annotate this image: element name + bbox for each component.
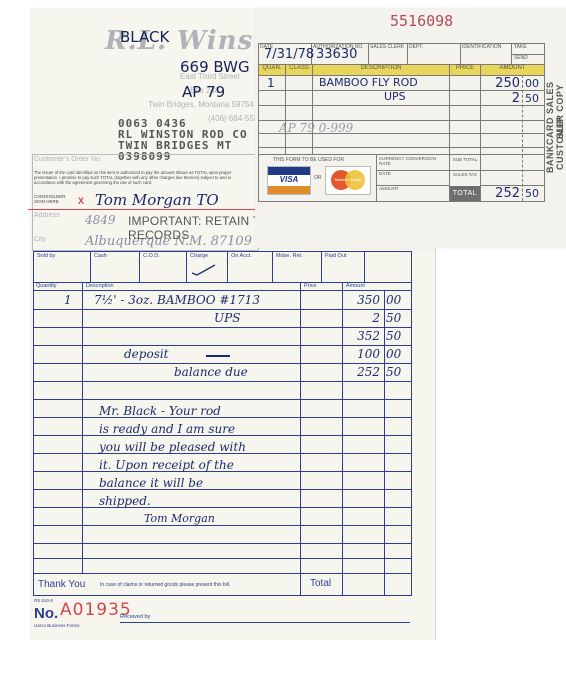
total-dollars: 252 (483, 186, 520, 201)
date-label: Date (379, 171, 391, 176)
sales-clerk-field[interactable]: Sales Clerk (369, 44, 408, 64)
address-value: 4849 (85, 213, 116, 227)
authorization-field[interactable]: Authorization No. 33630 (312, 44, 369, 64)
quantity-header: Quantity (36, 283, 56, 289)
slip-totals-box: This form to be used for VISA or Master … (258, 154, 545, 202)
subtotal-label: Sub Total (452, 157, 478, 162)
item-description: deposit (124, 347, 169, 361)
date-field[interactable]: Date 7/31/78 (259, 44, 312, 64)
note-signature: Tom Morgan (99, 510, 246, 528)
divider (34, 543, 411, 544)
divider (34, 573, 411, 574)
slip-item-cents: 00 (525, 77, 539, 90)
divider (342, 283, 343, 595)
cod-field[interactable]: C.O.D. (140, 252, 187, 282)
slip-item-dollars: 250 (481, 76, 520, 91)
conversion-box: Currency Conversion Rate Date Amount (377, 155, 450, 201)
cardholder-sign-label: Cardholder Sign Here (34, 194, 64, 204)
printer-name: Uarco Business Forms (34, 623, 80, 628)
item-dollars: 252 (346, 365, 380, 379)
amount-label: Amount (379, 186, 399, 191)
note-line: Mr. Black - Your rod (99, 402, 246, 420)
divider (522, 155, 523, 201)
divider (522, 75, 523, 162)
note-line: it. Upon receipt of the (99, 456, 246, 474)
take-label: Take (514, 44, 527, 50)
slip-header-row: Date 7/31/78 Authorization No. 33630 Sal… (258, 43, 545, 65)
date-value: 7/31/78 (264, 47, 314, 62)
item-dollars: 352 (346, 329, 380, 343)
master-charge-text: Master Charge (329, 177, 367, 182)
signature-x: X (78, 196, 84, 206)
master-charge-logo: Master Charge (325, 166, 371, 195)
item-cents: 50 (386, 329, 401, 343)
sales-tax-label: Sales Tax (452, 172, 478, 177)
send-label: Send (514, 55, 528, 61)
received-by-line[interactable] (120, 622, 410, 623)
currency-conversion-label: Currency Conversion Rate (379, 156, 447, 166)
take-send-field[interactable]: Take Send (512, 44, 544, 64)
charge-label: Charge (190, 253, 208, 259)
form-code: RS 510-6 (34, 598, 53, 603)
totals-labels: Sub Total Sales Tax TOTAL (450, 155, 481, 201)
divider (34, 327, 411, 328)
form-used-for: This form to be used for (273, 157, 344, 163)
paid-out-field[interactable]: Paid Out (322, 252, 365, 282)
divider (449, 75, 450, 162)
on-account-field[interactable]: On Acct. (228, 252, 273, 282)
cardholder-agreement: The issuer of the card identified on thi… (34, 170, 252, 185)
card-brands-box: This form to be used for VISA or Master … (259, 155, 377, 201)
note-line: shipped. (99, 492, 246, 510)
visa-stripe-blue (268, 167, 310, 175)
slip-item-description: UPS (384, 90, 406, 103)
city-label: City (34, 236, 46, 243)
item-cents: 50 (386, 365, 401, 379)
divider (312, 75, 313, 162)
checkmark-icon (191, 262, 217, 276)
address-label: Address (34, 212, 60, 219)
divider (285, 75, 286, 162)
authorization-value: 33630 (316, 47, 357, 62)
divider (34, 558, 411, 559)
slip-item-dollars: 2 (481, 91, 520, 106)
slip-ghost-text: AP 79 0-999 (279, 121, 353, 135)
handwritten-note: Mr. Black - Your rod is ready and I am s… (99, 402, 246, 528)
divider (300, 283, 301, 595)
strikethrough (206, 355, 230, 357)
visa-logo: VISA (267, 166, 311, 195)
code-handwritten-1: 669 BWG (180, 58, 250, 76)
item-cents: 00 (386, 293, 401, 307)
item-qty: 1 (64, 293, 72, 307)
claims-text: In case of claims or returned goods plea… (100, 582, 230, 588)
item-dollars: 100 (346, 347, 380, 361)
divider (384, 291, 385, 595)
total-label: Total (310, 578, 331, 589)
total-cents: 50 (525, 187, 539, 200)
slip-side-label-2: CUSTOMER COPY (555, 70, 565, 185)
divider (34, 290, 411, 291)
amount-header: Amount (346, 283, 365, 289)
received-by-label: Received by (120, 614, 150, 620)
description-header: Description (86, 283, 114, 289)
blank-field (365, 252, 411, 282)
note-line: you will be pleased with (99, 438, 246, 456)
cash-field[interactable]: Cash (91, 252, 140, 282)
customer-order-label: Customer's Order No. (34, 156, 102, 163)
bankcard-slip: 5516098 Date 7/31/78 Authorization No. 3… (255, 8, 566, 248)
slip-serial-number: 5516098 (390, 12, 453, 30)
amount-header: Amount (481, 65, 544, 75)
sale-type-row: Sold by Cash C.O.D. Charge On Acct. Mdse… (33, 251, 412, 283)
quan-header: Quan. (259, 65, 286, 75)
item-description: UPS (214, 311, 240, 325)
or-label: or (314, 175, 322, 181)
visa-text: VISA (268, 175, 310, 186)
divider (34, 345, 411, 346)
slip-item-description: BAMBOO FLY ROD (319, 76, 418, 89)
customer-name-handwritten: BLACK (120, 28, 169, 46)
sales-clerk-label: Sales Clerk (370, 44, 404, 50)
class-header: Class (286, 65, 313, 75)
divider (34, 309, 411, 310)
charge-field[interactable]: Charge (187, 252, 228, 282)
signature-line (28, 209, 278, 210)
code-handwritten-2: AP 79 (182, 83, 225, 101)
description-header: Description (313, 65, 450, 75)
cardholder-signature[interactable]: Tom Morgan TO (95, 191, 219, 209)
slip-items-grid: 1 BAMBOO FLY ROD 250 00 UPS 2 50 AP 79 0… (258, 75, 545, 163)
divider (34, 363, 411, 364)
dept-label: Dept. (409, 44, 423, 50)
item-description: balance due (174, 365, 248, 379)
divider (481, 170, 544, 171)
divider (34, 399, 411, 400)
divider (259, 147, 544, 148)
slip-item-cents: 50 (525, 92, 539, 105)
identification-label: Identification (462, 44, 501, 50)
sold-by-field[interactable]: Sold by (34, 252, 91, 282)
item-cents: 00 (386, 347, 401, 361)
line-items-table: Quantity Description Price Amount 1 7½' … (33, 282, 412, 596)
dept-field[interactable]: Dept. (408, 44, 461, 64)
number-label: No. (34, 605, 58, 622)
item-dollars: 350 (346, 293, 380, 307)
identification-field[interactable]: Identification (461, 44, 512, 64)
item-cents: 50 (386, 311, 401, 325)
note-line: is ready and I am sure (99, 420, 246, 438)
item-dollars: 2 (346, 311, 380, 325)
item-description: 7½' - 3oz. BAMBOO #1713 (94, 293, 260, 307)
address-line-3: Twin Bridges, Montana 59754 (148, 100, 254, 109)
total-label: TOTAL (450, 186, 480, 201)
thank-you: Thank You (38, 579, 85, 590)
note-line: balance it will be (99, 474, 246, 492)
slip-item-quan: 1 (267, 76, 275, 90)
divider (450, 170, 480, 171)
divider (34, 381, 411, 382)
price-header: Price (450, 65, 481, 75)
visa-stripe-gold (268, 186, 310, 194)
mdse-return-field[interactable]: Mdse. Ret. (273, 252, 322, 282)
price-header: Price (304, 283, 317, 289)
